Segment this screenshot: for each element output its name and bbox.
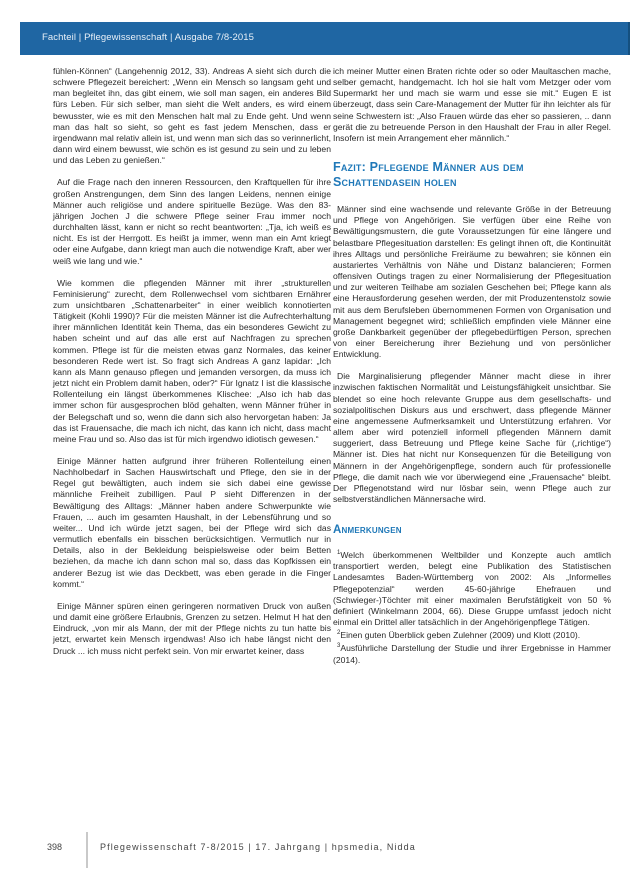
section-heading-anmerkungen: Anmerkungen (333, 523, 611, 538)
body-paragraph: Die Marginalisierung pflegender Männer m… (333, 371, 611, 505)
body-paragraph: fühlen-Können“ (Langehennig 2012, 33). A… (53, 66, 331, 166)
body-paragraph: Männer sind eine wachsende und relevante… (333, 204, 611, 360)
footer-divider (86, 832, 88, 868)
footnote-1: 1Welch überkommenen Weltbilder und Konze… (333, 550, 611, 628)
right-column: ich meiner Mutter einen Braten richte od… (333, 66, 611, 668)
body-paragraph: Einige Männer spüren einen geringeren no… (53, 601, 331, 657)
footnote-text: Welch überkommenen Weltbilder und Konzep… (333, 550, 611, 627)
body-paragraph: Einige Männer hatten aufgrund ihrer früh… (53, 456, 331, 590)
footnote-2: 2Einen guten Überblick geben Zulehner (2… (333, 630, 611, 641)
page-footer: 398 Pflegewissenschaft 7-8/2015 | 17. Ja… (0, 830, 642, 870)
page-number: 398 (47, 842, 62, 852)
footnote-3: 3Ausführliche Darstellung der Studie und… (333, 643, 611, 665)
footer-citation: Pflegewissenschaft 7-8/2015 | 17. Jahrga… (100, 842, 416, 852)
footnote-text: Ausführliche Darstellung der Studie und … (333, 643, 611, 664)
body-paragraph: Wie kommen die pflegenden Männer mit ihr… (53, 278, 331, 445)
left-column: fühlen-Können“ (Langehennig 2012, 33). A… (53, 66, 331, 668)
running-header-title: Fachteil | Pflegewissenschaft | Ausgabe … (42, 32, 254, 43)
body-paragraph: ich meiner Mutter einen Braten richte od… (333, 66, 611, 144)
running-header-bar: Fachteil | Pflegewissenschaft | Ausgabe … (20, 22, 630, 55)
footnote-text: Einen guten Überblick geben Zulehner (20… (340, 630, 580, 640)
section-heading-fazit: Fazit: Pflegende Männer aus dem Schatten… (333, 160, 611, 190)
body-paragraph: Auf die Frage nach den inneren Ressource… (53, 177, 331, 266)
